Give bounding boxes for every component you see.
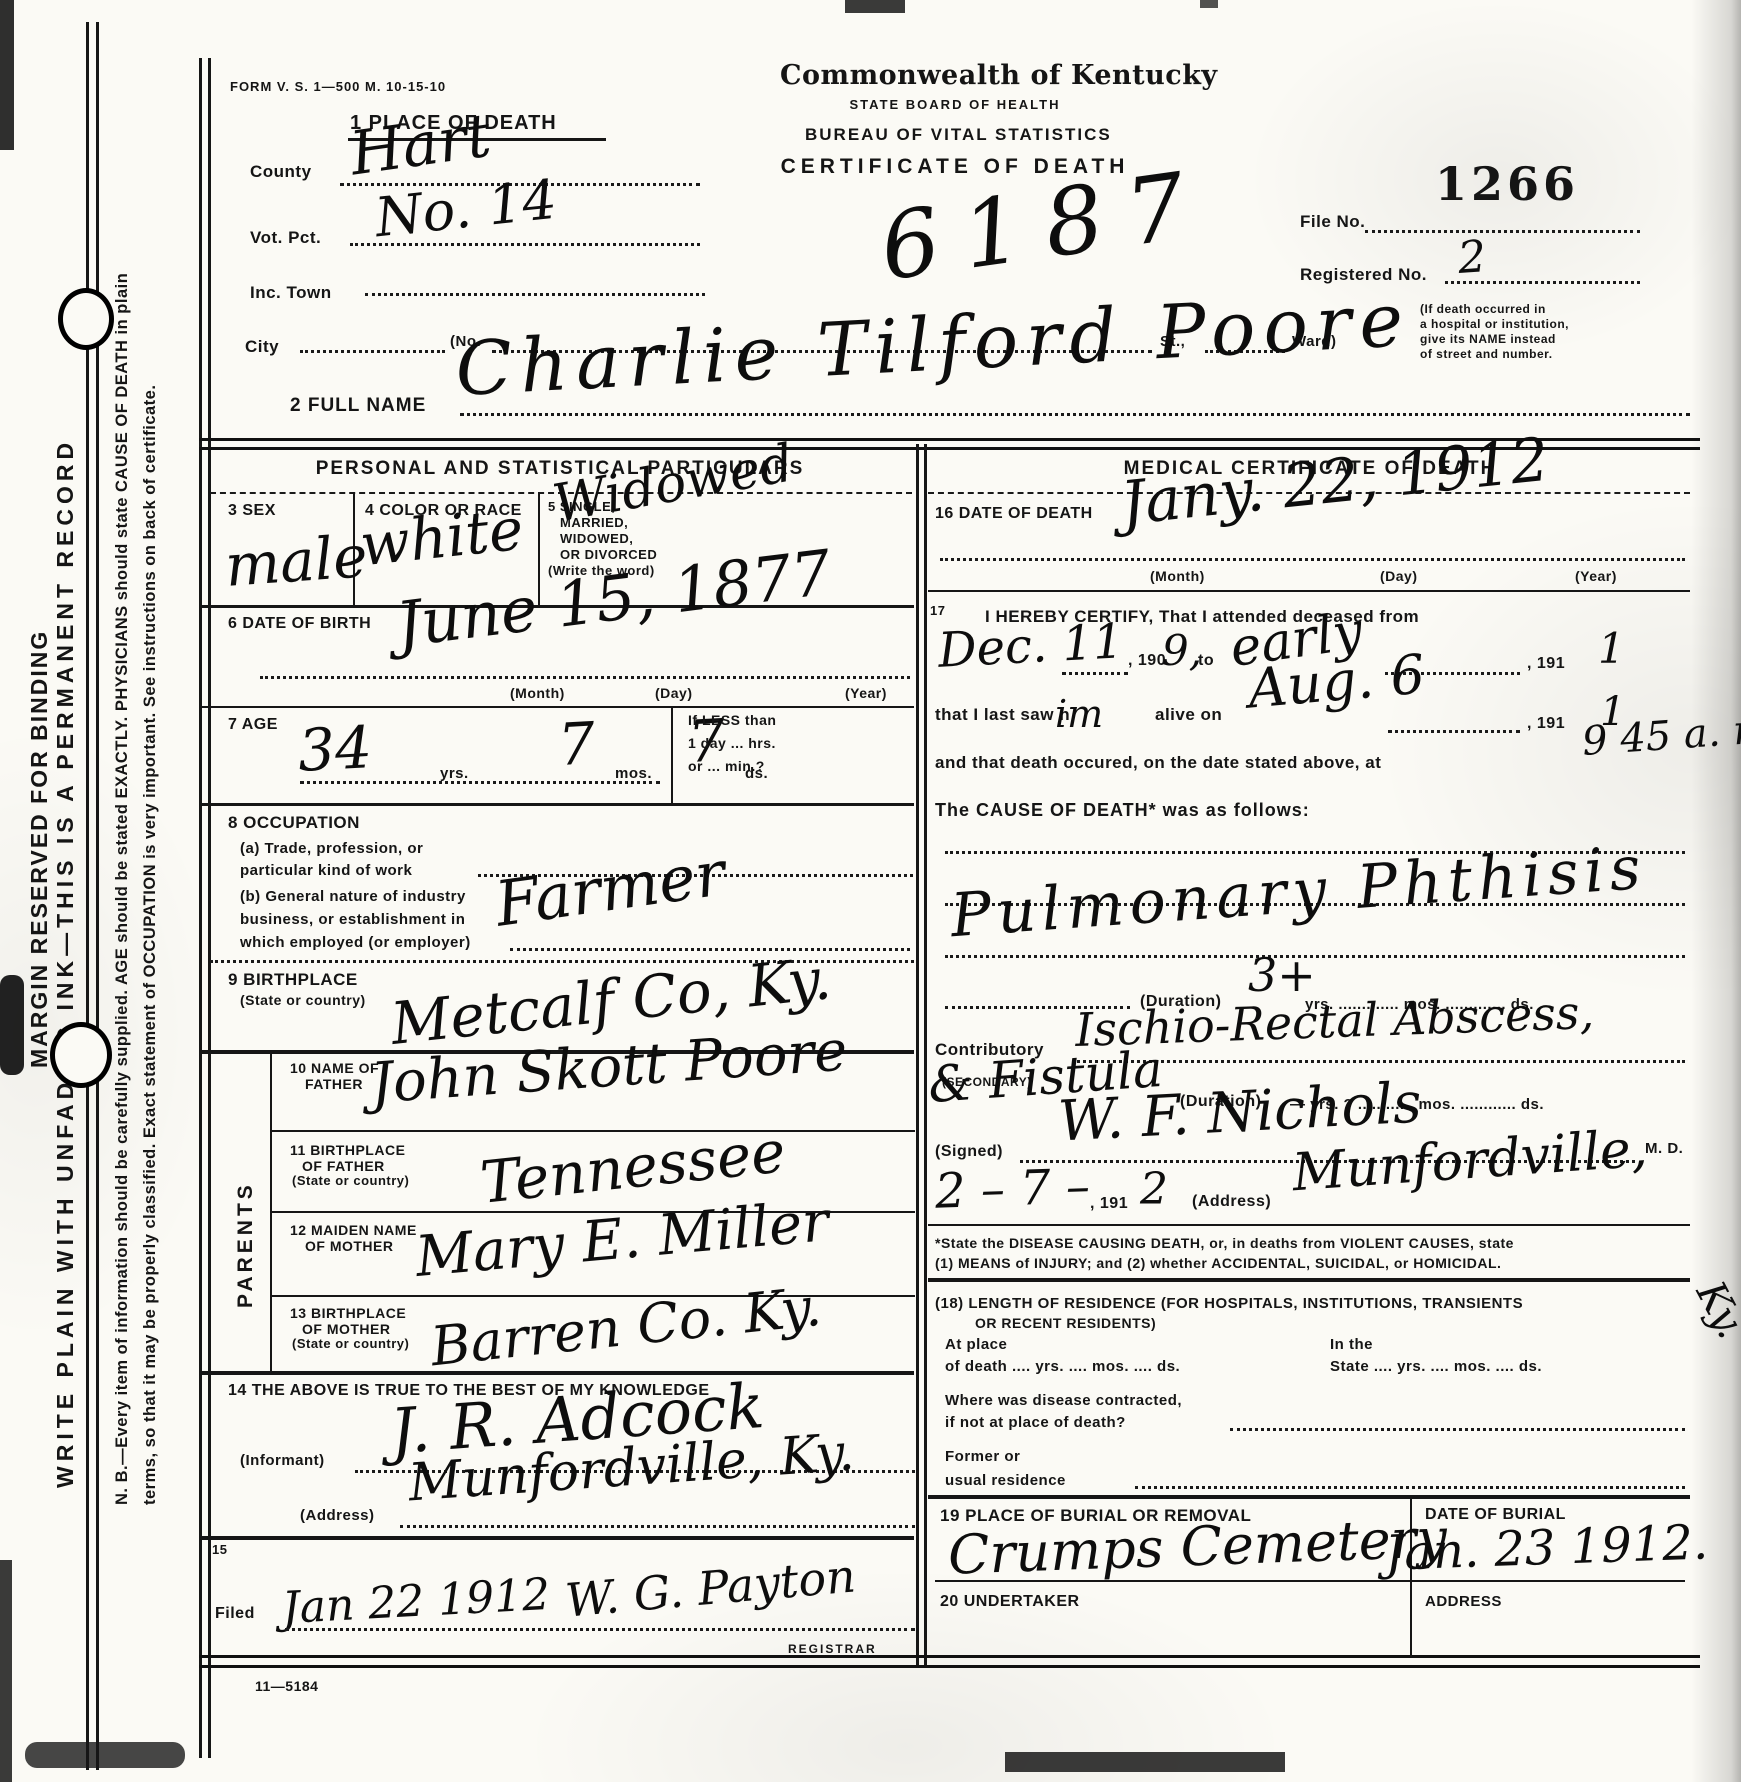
registrar-signature-handwritten: W. G. Payton — [564, 1552, 858, 1623]
occupation-sub-label: (b) General nature of industry — [240, 888, 466, 905]
saw-year-printed: , 191 — [1527, 715, 1565, 733]
form-bottom-rule — [199, 1655, 1700, 1668]
row-rule — [928, 590, 1690, 592]
age-months-handwritten: 7 — [557, 714, 597, 774]
occupation-value-handwritten: Farmer — [492, 842, 729, 935]
contracted-label: Where was disease contracted, — [945, 1392, 1182, 1409]
county-value-handwritten: Hart — [347, 105, 495, 184]
punch-hole — [58, 288, 114, 350]
signed-date-handwritten: 2 – 7 – — [934, 1162, 1090, 1215]
row-rule — [928, 1495, 1690, 1499]
column-divider — [916, 444, 919, 1665]
informant-label: (Informant) — [240, 1452, 325, 1469]
column-divider — [924, 444, 927, 1665]
dod-year-label: (Year) — [1575, 568, 1617, 584]
file-no-label: File No. — [1300, 212, 1365, 232]
row-rule — [271, 1130, 915, 1132]
burial-place-handwritten: Crumps Cemetery — [947, 1511, 1448, 1582]
former-residence-label: usual residence — [945, 1472, 1066, 1489]
father-birthplace-label: OF FATHER — [302, 1158, 385, 1174]
commonwealth-title: Commonwealth of Kentucky — [780, 60, 1130, 91]
death-occurred-statement: and that death occured, on the date stat… — [935, 753, 1381, 773]
dod-day-label: (Day) — [1380, 568, 1418, 584]
age-mos-label: mos. — [615, 765, 652, 782]
cause-footnote: (1) MEANS of INJURY; and (2) whether ACC… — [935, 1255, 1501, 1271]
row-rule — [199, 1371, 914, 1375]
occupation-sub-label: (a) Trade, profession, or — [240, 840, 423, 857]
hospital-note: of street and number. — [1420, 348, 1553, 362]
state-board-line: STATE BOARD OF HEALTH — [845, 98, 1065, 113]
dotted-line — [350, 243, 700, 246]
margin-binding-text: MARGIN RESERVED FOR BINDING — [26, 630, 52, 1068]
mother-birthplace-label: 13 BIRTHPLACE — [290, 1305, 406, 1321]
race-value-handwritten: white — [357, 500, 525, 575]
dotted-line — [260, 676, 910, 679]
dotted-line — [400, 1525, 915, 1528]
cause-of-death-handwritten: Pulmonary Phthisis — [949, 838, 1649, 946]
dotted-line — [1072, 1060, 1685, 1063]
margin-nb-note: N. B.—Every item of information should b… — [108, 225, 164, 1505]
cause-footnote: *State the DISEASE CAUSING DEATH, or, in… — [935, 1235, 1514, 1251]
county-label: County — [250, 162, 312, 182]
signed-year-handwritten: 2 — [1140, 1168, 1168, 1212]
filed-date-handwritten: Jan 22 1912 — [281, 1573, 551, 1631]
dotted-line — [300, 350, 445, 353]
former-residence-label: Former or — [945, 1448, 1020, 1465]
last-saw-date-handwritten: Aug. 6 — [1246, 647, 1427, 716]
dob-year-label: (Year) — [845, 685, 887, 701]
row-rule — [199, 803, 914, 806]
registered-no-handwritten: 2 — [1456, 235, 1487, 281]
from-year-handwritten: 9, — [1162, 630, 1202, 672]
mother-birthplace-label: OF MOTHER — [302, 1321, 391, 1337]
in-state-label: In the — [1330, 1336, 1373, 1353]
father-name-label: FATHER — [305, 1076, 363, 1092]
mother-birthplace-handwritten: Barren Co. Ky. — [428, 1280, 824, 1375]
duration-value-handwritten: 3+ — [1248, 952, 1316, 998]
contracted-label: if not at place of death? — [945, 1414, 1126, 1431]
at-place-leader: of death .... yrs. .... mos. .... ds. — [945, 1358, 1180, 1375]
margin-rule — [86, 22, 89, 1770]
undertaker-label: 20 UNDERTAKER — [940, 1593, 1080, 1611]
physician-address-ky-handwritten: Ky. — [1690, 1275, 1741, 1344]
at-place-label: At place — [945, 1336, 1007, 1353]
dotted-line — [510, 948, 910, 951]
item-17-number: 17 — [930, 604, 945, 619]
dob-month-label: (Month) — [510, 685, 565, 701]
margin-rule — [96, 22, 99, 1770]
marital-value-handwritten: Widowed — [549, 437, 797, 530]
him-handwritten: im — [1055, 695, 1103, 733]
informant-address-label: (Address) — [300, 1507, 375, 1524]
scan-artifact — [25, 1742, 185, 1768]
occupation-label: 8 OCCUPATION — [228, 813, 360, 833]
sex-label: 3 SEX — [228, 502, 276, 520]
hospital-note: (If death occurred in — [1420, 303, 1546, 317]
dod-month-label: (Month) — [1150, 568, 1205, 584]
mother-name-handwritten: Mary E. Miller — [413, 1194, 831, 1286]
form-code: 11—5184 — [255, 1678, 318, 1694]
sex-value-handwritten: male — [223, 527, 369, 595]
occupation-sub-label: which employed (or employer) — [240, 934, 471, 951]
voting-precinct-value-handwritten: No. 14 — [373, 173, 560, 246]
from-year-printed: , 190 — [1128, 652, 1166, 670]
birthplace-sub-label: (State or country) — [240, 992, 366, 1008]
md-label: M. D. — [1645, 1140, 1683, 1157]
last-saw-statement: that I last saw h — [935, 705, 1070, 725]
dotted-line — [300, 781, 660, 784]
form-left-rule — [199, 58, 202, 1758]
dotted-line — [1230, 1428, 1685, 1431]
dotted-line — [940, 558, 1685, 561]
to-year-printed: , 191 — [1527, 655, 1565, 673]
hospital-note: a hospital or institution, — [1420, 318, 1569, 332]
signed-year-printed: , 191 — [1090, 1195, 1128, 1213]
row-rule — [928, 1224, 1690, 1226]
scan-artifact — [845, 0, 905, 13]
mother-birthplace-label: (State or country) — [292, 1337, 409, 1352]
dotted-line — [365, 293, 705, 296]
form-number: FORM V. S. 1—500 M. 10-15-10 — [230, 80, 446, 95]
physician-address-label: (Address) — [1192, 1193, 1271, 1211]
scan-artifact — [1005, 1752, 1285, 1772]
full-name-handwritten: Charlie Tilford Poore — [454, 283, 1413, 407]
residence-heading: OR RECENT RESIDENTS) — [975, 1315, 1156, 1331]
row-rule — [199, 1536, 914, 1540]
scan-artifact — [0, 1560, 12, 1782]
father-name-label: 10 NAME OF — [290, 1060, 379, 1076]
age-less-label: If LESS than — [688, 712, 776, 728]
file-number: 1266 — [1435, 158, 1579, 211]
date-of-death-label: 16 DATE OF DEATH — [935, 505, 1093, 523]
filed-label: Filed — [215, 1605, 255, 1623]
occupation-sub-label: business, or establishment in — [240, 911, 465, 928]
form-left-rule — [208, 58, 211, 1758]
cause-of-death-statement: The CAUSE OF DEATH* was as follows: — [935, 800, 1310, 821]
inc-town-label: Inc. Town — [250, 283, 332, 303]
marital-label: WIDOWED, — [560, 532, 633, 547]
signed-label: (Signed) — [935, 1143, 1003, 1161]
mother-name-label: 12 MAIDEN NAME — [290, 1222, 417, 1238]
age-less-label: 1 day ... hrs. — [688, 735, 776, 751]
row-rule — [199, 706, 914, 708]
in-state-leader: State .... yrs. .... mos. .... ds. — [1330, 1358, 1542, 1375]
attended-from-handwritten: Dec. 11 — [937, 617, 1125, 675]
full-name-label: 2 FULL NAME — [290, 395, 426, 417]
item-15-number: 15 — [212, 1543, 227, 1558]
age-years-handwritten: 34 — [297, 718, 374, 780]
occupation-sub-label: particular kind of work — [240, 862, 412, 879]
dotted-line — [1445, 281, 1640, 284]
father-birthplace-label: 11 BIRTHPLACE — [290, 1142, 405, 1158]
row-rule — [935, 1580, 1685, 1582]
registrar-label: REGISTRAR — [788, 1643, 877, 1657]
city-label: City — [245, 337, 279, 357]
dotted-line — [1388, 730, 1520, 733]
voting-precinct-label: Vot. Pct. — [250, 228, 321, 248]
parents-vertical-label: PARENTS — [234, 1181, 258, 1308]
dotted-line — [285, 1628, 915, 1631]
to-word: to — [1198, 652, 1214, 670]
dotted-line — [1062, 672, 1128, 675]
mother-name-label: OF MOTHER — [305, 1238, 394, 1254]
scan-artifact — [0, 0, 14, 150]
cell-rule — [671, 706, 673, 805]
dotted-line — [1365, 230, 1640, 233]
father-birthplace-label: (State or country) — [292, 1174, 409, 1189]
to-year-handwritten: 1 — [1598, 628, 1625, 670]
scan-artifact — [1200, 0, 1218, 8]
bureau-line: BUREAU OF VITAL STATISTICS — [805, 125, 1105, 145]
margin-permanent-text: WRITE PLAIN WITH UNFADING INK—THIS IS A … — [52, 438, 78, 1488]
dotted-line — [1135, 1486, 1685, 1489]
age-less-label: or ... min.? — [688, 758, 765, 774]
alive-on-label: alive on — [1155, 705, 1222, 725]
burial-date-handwritten: Jan. 23 1912. — [1384, 1518, 1709, 1577]
punch-hole — [50, 1022, 112, 1088]
dob-day-label: (Day) — [655, 685, 693, 701]
age-label: 7 AGE — [228, 716, 278, 734]
undertaker-address-label: ADDRESS — [1425, 1593, 1502, 1610]
age-yrs-label: yrs. — [440, 765, 469, 782]
scan-artifact — [0, 975, 24, 1075]
hospital-note: give its NAME instead — [1420, 333, 1556, 347]
death-certificate-scan: MARGIN RESERVED FOR BINDING WRITE PLAIN … — [0, 0, 1741, 1782]
birthplace-label: 9 BIRTHPLACE — [228, 970, 358, 990]
row-rule — [928, 1278, 1690, 1282]
residence-heading: (18) LENGTH OF RESIDENCE (FOR HOSPITALS,… — [935, 1295, 1523, 1312]
dotted-line — [460, 413, 1690, 416]
dob-label: 6 DATE OF BIRTH — [228, 615, 371, 633]
